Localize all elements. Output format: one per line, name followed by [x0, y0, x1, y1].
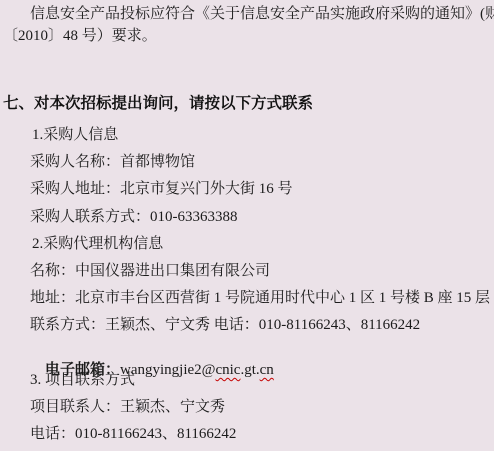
email-part-misspelled: cn	[260, 362, 274, 378]
agency-name: 名称：中国仪器进出口集团有限公司	[30, 263, 270, 280]
purchaser-name: 采购人名称：首都博物馆	[30, 154, 195, 171]
project-contacts: 项目联系人：王颖杰、宁文秀	[30, 399, 225, 416]
purchaser-phone: 采购人联系方式：010-63363388	[30, 209, 238, 226]
agency-info-title: 2.采购代理机构信息	[32, 236, 163, 253]
email-part-misspelled: cnic	[215, 362, 240, 378]
agency-contacts: 联系方式：王颖杰、宁文秀 电话：010-81166243、81166242	[30, 317, 420, 334]
project-contact-title: 3. 项目联系方式	[30, 372, 135, 389]
section-heading: 七、对本次招标提出询问，请按以下方式联系	[3, 91, 313, 113]
purchaser-address: 采购人地址：北京市复兴门外大街 16 号	[30, 181, 293, 198]
project-phone: 电话：010-81166243、81166242	[30, 426, 236, 443]
document-page: 信息安全产品投标应符合《关于信息安全产品实施政府采购的通知》(财库 〔2010〕…	[0, 0, 494, 451]
purchaser-info-title: 1.采购人信息	[32, 127, 118, 144]
agency-address: 地址：北京市丰台区西营街 1 号院通用时代中心 1 区 1 号楼 B 座 15 …	[30, 290, 490, 307]
intro-paragraph-line-2: 〔2010〕48 号）要求。	[3, 28, 157, 45]
email-part: .gt.	[240, 362, 259, 378]
email-address: wangyingjie2@cnic.gt.cn	[120, 362, 274, 378]
intro-paragraph-line-1: 信息安全产品投标应符合《关于信息安全产品实施政府采购的通知》(财库	[30, 6, 494, 23]
